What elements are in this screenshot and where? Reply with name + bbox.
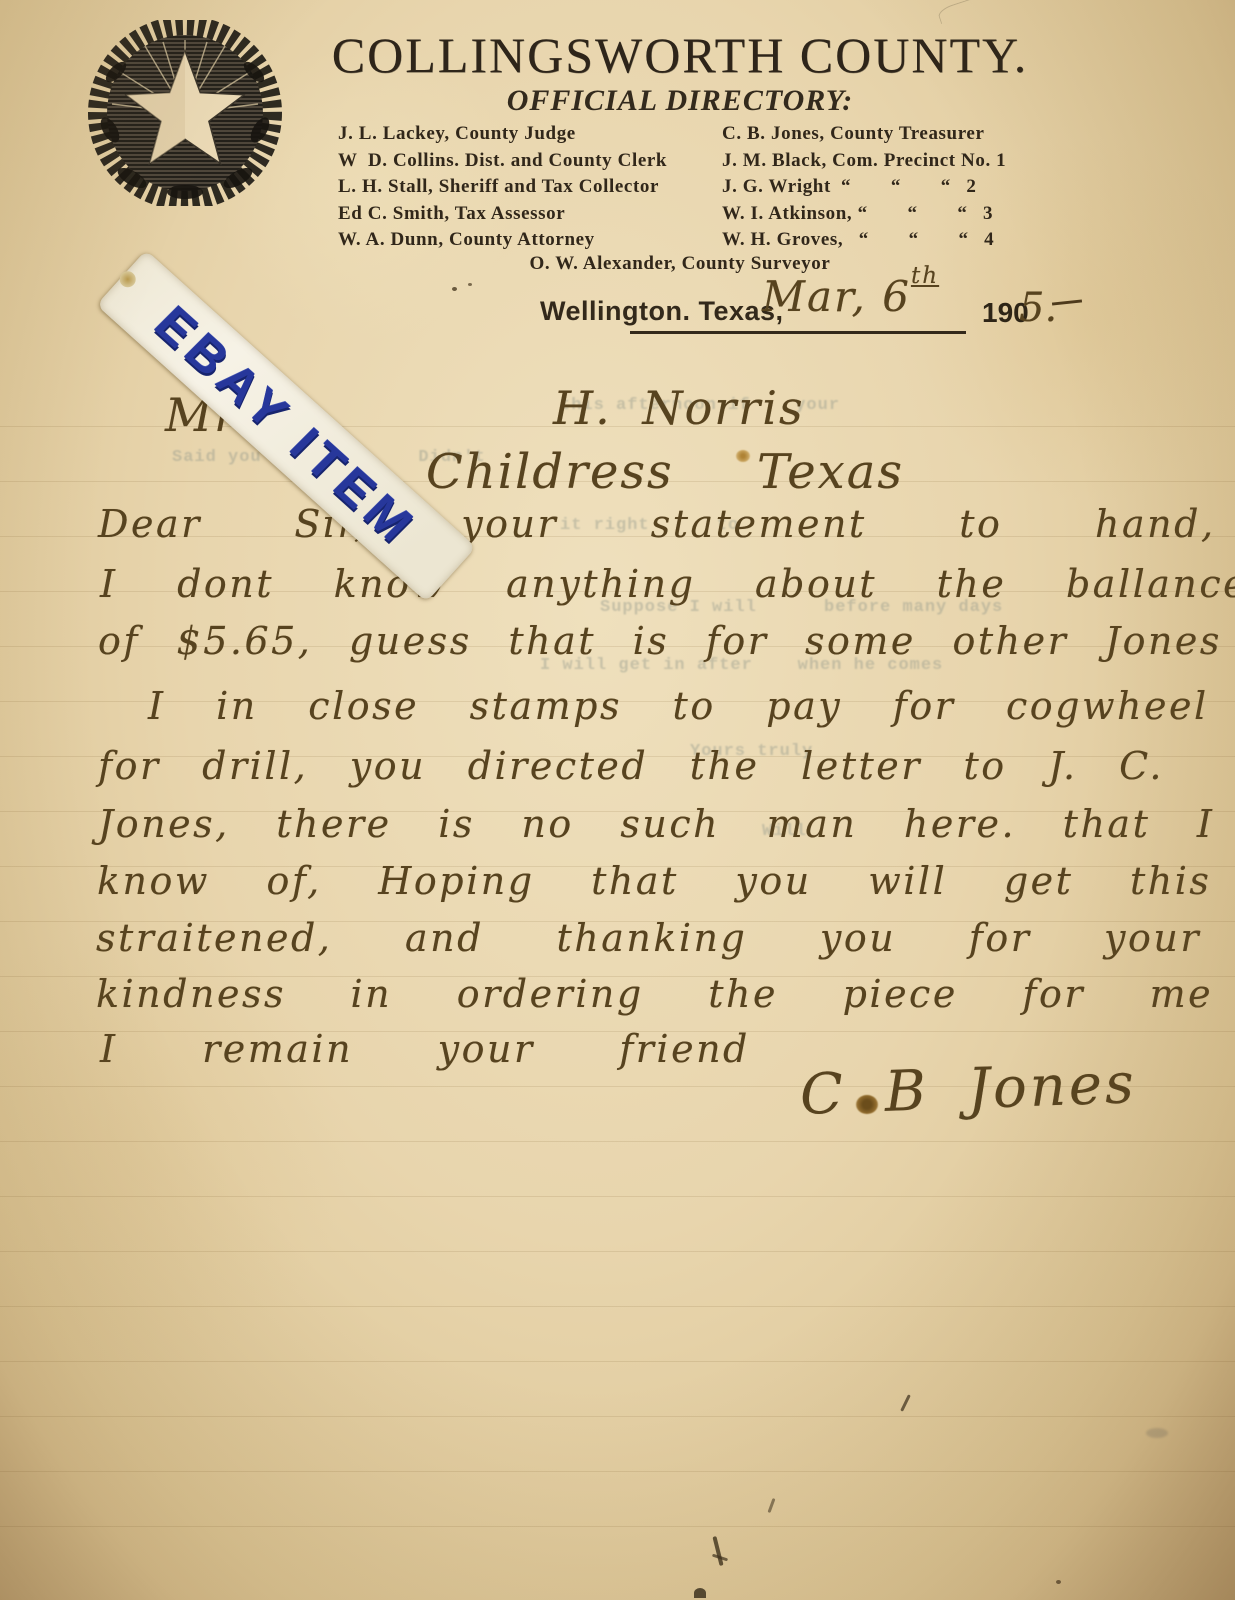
ink-speck bbox=[768, 1498, 776, 1513]
smudge bbox=[1146, 1428, 1168, 1438]
dateline-place: Wellington. Texas, bbox=[540, 296, 784, 327]
ink-speck bbox=[1056, 1580, 1061, 1584]
body-line: I dont know anything about the ballance bbox=[100, 565, 1235, 603]
ebay-item-sticker: EBAY ITEM bbox=[96, 250, 475, 602]
ordinal-suffix: th bbox=[911, 263, 939, 289]
ink-speck bbox=[452, 287, 457, 291]
body-line: kindness in ordering the piece for me bbox=[96, 975, 1213, 1013]
pencil-mark bbox=[937, 0, 975, 24]
body-line: straitened, and thanking you for your bbox=[96, 919, 1201, 957]
directory-entry: J. L. Lackey, County Judge bbox=[338, 123, 667, 150]
recipient-name: H. Norris bbox=[553, 385, 805, 431]
dateline-underline bbox=[630, 331, 966, 334]
ruled-lines bbox=[0, 372, 1235, 1552]
dateline-year-handwritten: 5. bbox=[1019, 288, 1057, 328]
directory-entry: W. H. Groves, “ “ “ 4 bbox=[722, 229, 1006, 256]
directory-entry: L. H. Stall, Sheriff and Tax Collector bbox=[338, 176, 667, 203]
ink-speck bbox=[694, 1588, 706, 1598]
body-line: for drill, you directed the letter to J.… bbox=[98, 747, 1164, 785]
recipient-city: Childress Texas bbox=[426, 448, 904, 496]
directory-left-column: J. L. Lackey, County Judge W D. Collins.… bbox=[338, 123, 667, 256]
directory-entry: W D. Collins. Dist. and County Clerk bbox=[338, 150, 667, 177]
body-line: Jones, there is no such man here. that I bbox=[98, 805, 1214, 843]
body-line: of $5.65, guess that is for some other J… bbox=[98, 622, 1222, 660]
texas-star-wreath-seal-icon bbox=[82, 20, 288, 206]
directory-entry: W. I. Atkinson, “ “ “ 3 bbox=[722, 203, 1006, 230]
ink-speck bbox=[712, 1554, 728, 1562]
ink-speck bbox=[712, 1536, 723, 1566]
directory-entry: Ed C. Smith, Tax Assessor bbox=[338, 203, 667, 230]
letter-page: COLLINGSWORTH COUNTY. OFFICIAL DIRECTORY… bbox=[0, 0, 1235, 1600]
directory-right-column: C. B. Jones, County Treasurer J. M. Blac… bbox=[722, 123, 1006, 256]
directory-entry: J. G. Wright “ “ “ 2 bbox=[722, 176, 1006, 203]
signature: C B Jones bbox=[799, 1056, 1137, 1124]
dateline-handwritten-date: Mar, 6th bbox=[762, 276, 939, 318]
ink-speck bbox=[900, 1394, 911, 1411]
ink-speck bbox=[468, 283, 472, 286]
directory-entry: J. M. Black, Com. Precinct No. 1 bbox=[722, 150, 1006, 177]
body-line: I in close stamps to pay for cogwheel bbox=[148, 687, 1209, 725]
county-title: COLLINGSWORTH COUNTY. bbox=[300, 26, 1060, 84]
directory-entry: C. B. Jones, County Treasurer bbox=[722, 123, 1006, 150]
directory-subtitle: OFFICIAL DIRECTORY: bbox=[300, 84, 1060, 118]
body-line: I remain your friend bbox=[100, 1030, 750, 1068]
directory-entry: W. A. Dunn, County Attorney bbox=[338, 229, 667, 256]
body-line: Dear Sir, your statement to hand, bbox=[98, 505, 1216, 543]
body-line: know of, Hoping that you will get this bbox=[97, 862, 1211, 900]
